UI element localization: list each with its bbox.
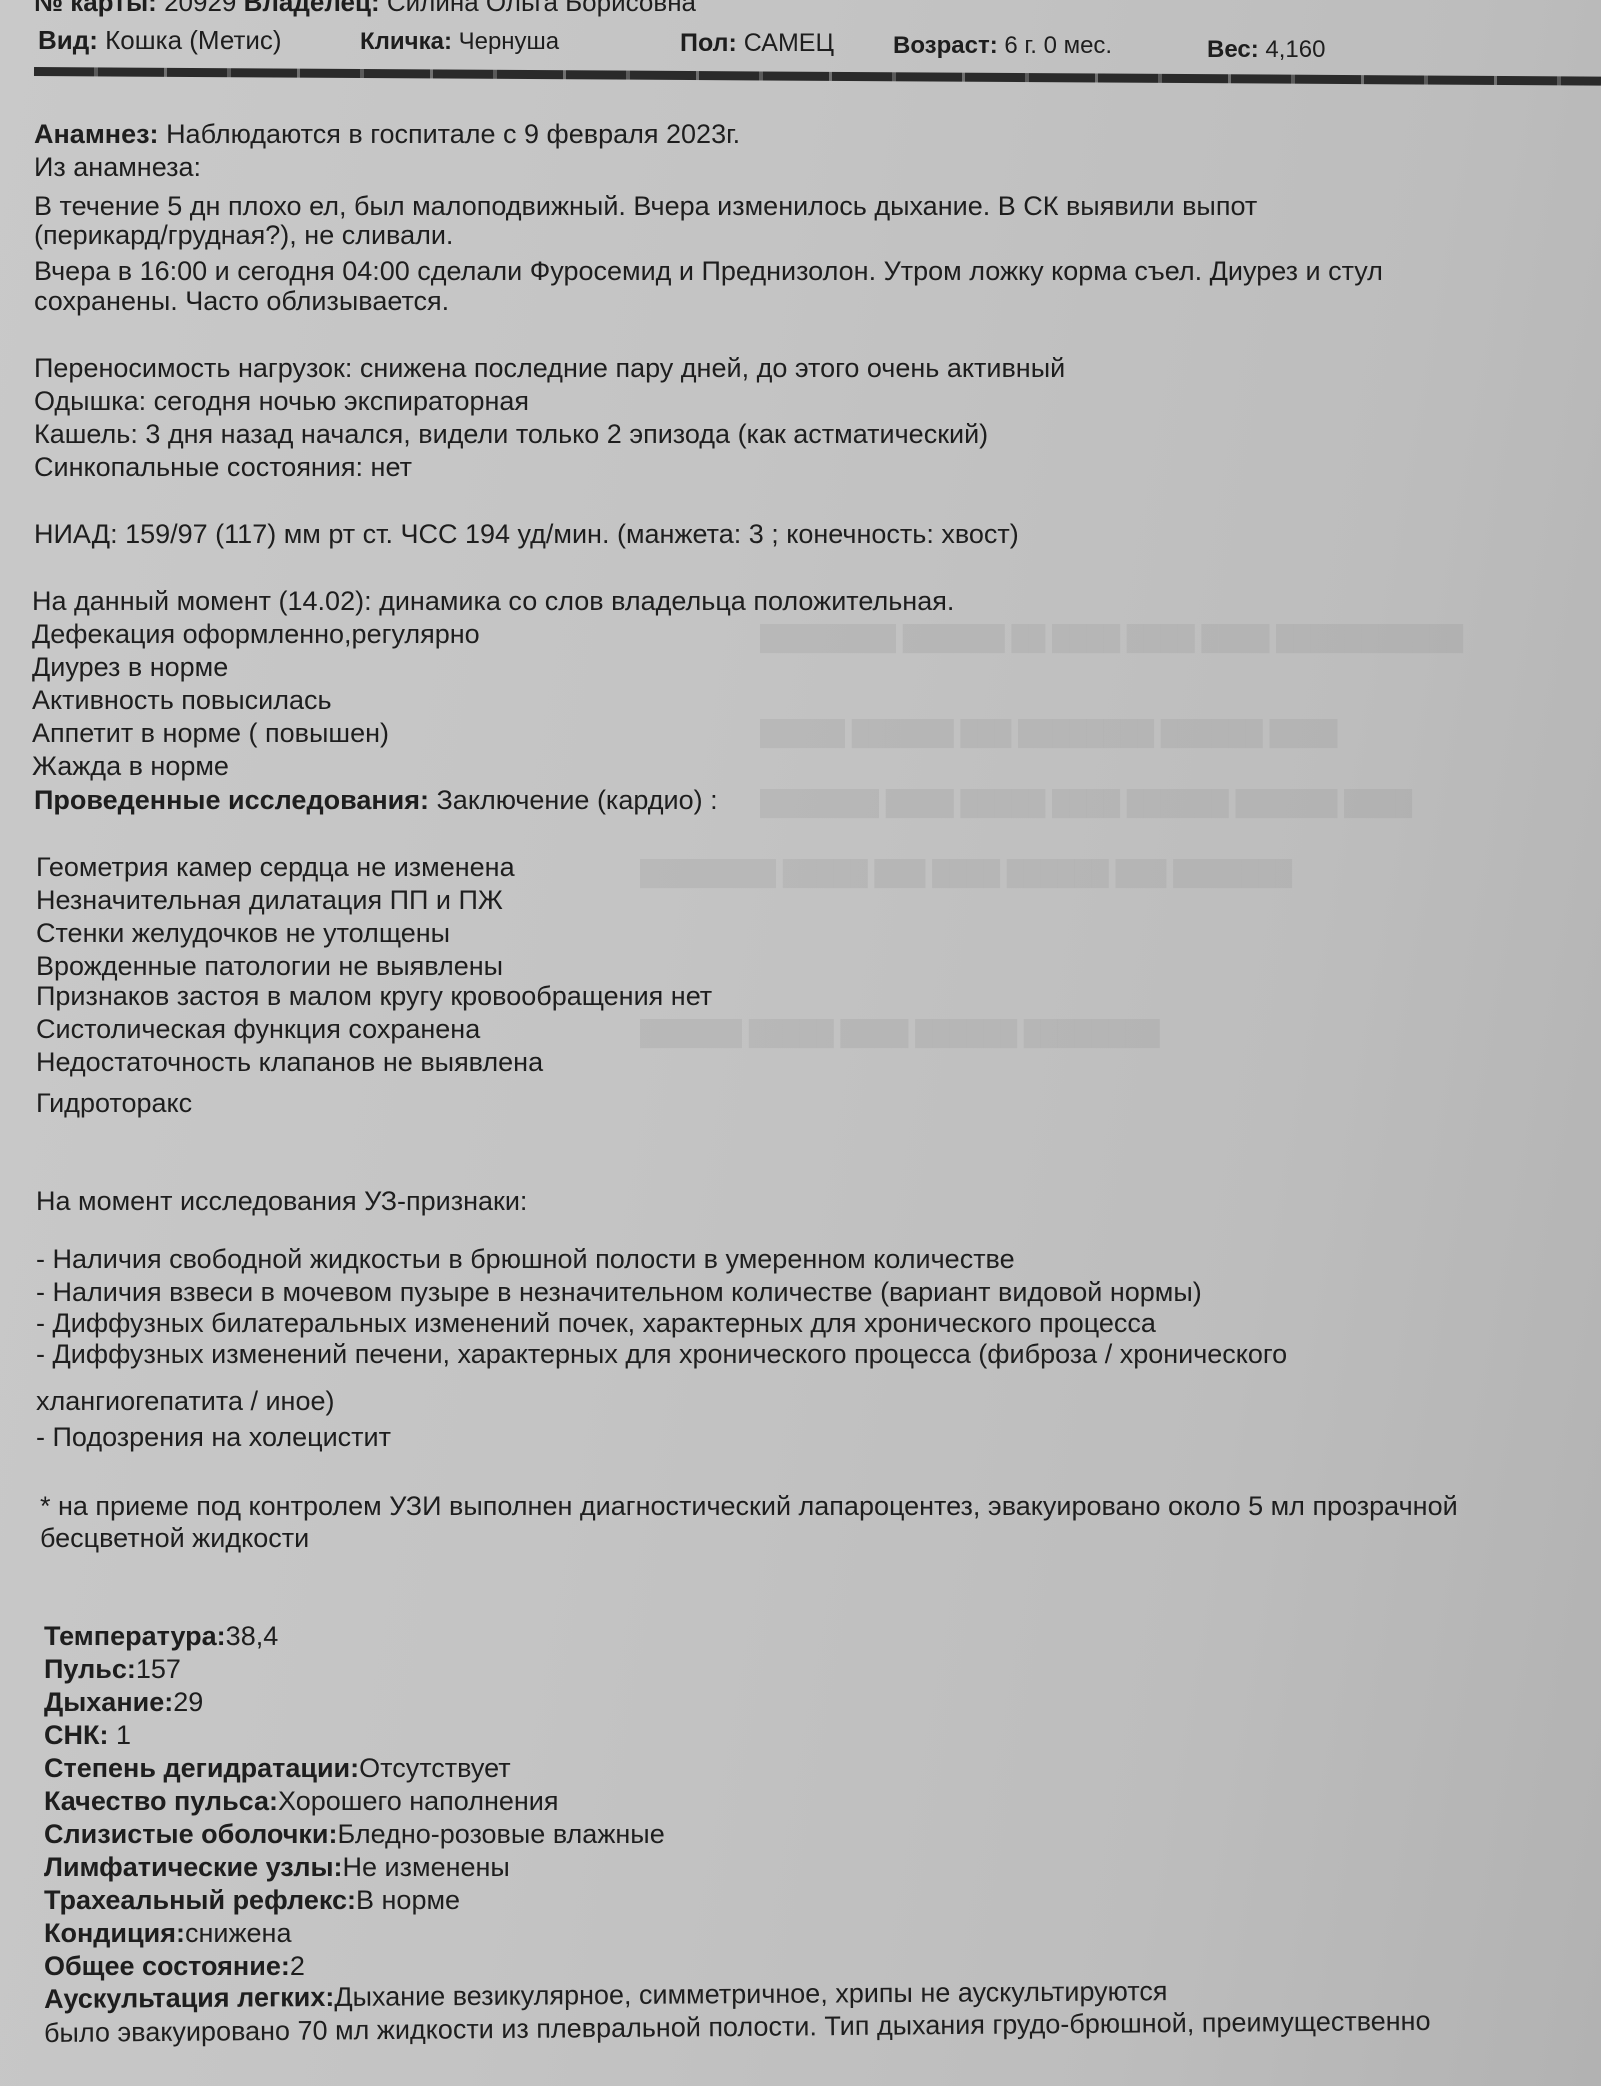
ultrasound-title: На момент исследования УЗ-признаки: [36,1185,527,1217]
sex-label: Пол: [680,29,737,57]
exam-general-state: Общее состояние:2 [44,1950,305,1982]
anamnesis-heading: Анамнез: Наблюдаются в госпитале с 9 фев… [34,118,740,150]
exam-label: Пульс: [44,1654,136,1684]
exam-label: Температура: [44,1621,226,1651]
exam-label: Общее состояние: [44,1951,290,1981]
exam-label: Дыхание: [44,1687,173,1717]
anamnesis-first-line: Наблюдаются в госпитале с 9 февраля 2023… [166,119,740,149]
cardio-line: Врожденные патологии не выявлены [36,950,503,982]
species-field: Вид: Кошка (Метис) [38,24,282,56]
bleed-through-text: █████ ██████ ███ ████████ ██████ ████ [760,720,1337,748]
cardio-line: Незначительная дилатация ПП и ПЖ [36,884,503,916]
symptom-line: Переносимость нагрузок: снижена последни… [34,352,1065,384]
owner-label: Владелец: [244,0,380,17]
exam-pulse-quality: Качество пульса:Хорошего наполнения [44,1785,559,1817]
exam-value: Отсутствует [359,1753,510,1783]
studies-heading: Проведенные исследования: Заключение (ка… [34,784,718,816]
species-value: Кошка (Метис) [105,25,281,55]
cardio-line: Недостаточность клапанов не выявлена [36,1046,543,1078]
exam-value: снижена [185,1918,292,1948]
cardio-line: Стенки желудочков не утолщены [36,917,450,949]
exam-pulse: Пульс:157 [44,1653,181,1685]
current-state-line: Аппетит в норме ( повышен) [32,717,389,749]
ultrasound-item: - Подозрения на холецистит [36,1421,391,1453]
owner-name: Силина Ольга Борисовна [387,0,696,17]
sex-field: Пол: САМЕЦ [680,27,834,59]
exam-label: Лимфатические узлы: [44,1852,343,1882]
bleed-through-text: ███████ ████ █████ ████ ██████ ██████ ██… [760,790,1412,818]
exam-value: В норме [356,1885,460,1915]
nickname-value: Чернуша [459,28,560,55]
weight-label: Вес: [1207,36,1259,63]
age-field: Возраст: 6 г. 0 мес. [893,30,1112,62]
cardio-line: Гидроторакс [36,1087,192,1119]
current-state-line: Диурез в норме [32,651,228,683]
weight-field: Вес: 4,160 [1207,34,1325,66]
niad-line: НИАД: 159/97 (117) мм рт ст. ЧСС 194 уд/… [34,518,1019,550]
symptom-line: Одышка: сегодня ночью экспираторная [34,385,529,417]
current-state-line: На данный момент (14.02): динамика со сл… [32,585,954,617]
anamnesis-label: Анамнез: [34,119,159,149]
weight-value: 4,160 [1265,36,1325,63]
header-divider [34,67,1601,86]
ultrasound-item: хлангиогепатита / иное) [36,1385,335,1417]
cardio-line: Систолическая функция сохранена [36,1013,480,1045]
exam-snk: СНК: 1 [44,1719,131,1751]
exam-value: 157 [136,1654,181,1684]
exam-dehydration: Степень дегидратации:Отсутствует [44,1752,511,1784]
exam-value: Дыхание везикулярное, симметричное, хрип… [334,1976,1167,2012]
card-number-label: № карты: [34,0,157,17]
exam-label: Степень дегидратации: [44,1753,359,1783]
species-label: Вид: [38,25,98,55]
studies-label: Проведенные исследования: [34,785,429,815]
exam-tracheal-reflex: Трахеальный рефлекс:В норме [44,1884,460,1916]
anamnesis-line: Вчера в 16:00 и сегодня 04:00 сделали Фу… [34,255,1383,287]
cardio-line: Геометрия камер сердца не изменена [36,851,515,883]
ultrasound-item: - Диффузных изменений печени, характерны… [36,1338,1287,1370]
age-value: 6 г. 0 мес. [1004,32,1112,59]
exam-lymph-nodes: Лимфатические узлы:Не изменены [44,1851,510,1883]
symptom-line: Кашель: 3 дня назад начался, видели толь… [34,418,988,450]
exam-temperature: Температура:38,4 [44,1620,278,1652]
anamnesis-line: (перикард/грудная?), не сливали. [34,219,453,251]
medical-record-page: № карты: 20929 Владелец: Силина Ольга Бо… [0,0,1601,2086]
current-state-line: Дефекация оформленно,регулярно [32,618,480,650]
exam-mucous-membranes: Слизистые оболочки:Бледно-розовые влажны… [44,1818,665,1850]
laparocentesis-note-cont: бесцветной жидкости [40,1522,309,1554]
ultrasound-item: - Наличия свободной жидкостьи в брюшной … [36,1243,1015,1275]
bleed-through-text: ████████ █████ ███ ████ ██████ ███ █████… [640,860,1292,888]
exam-value: Хорошего наполнения [278,1786,558,1816]
exam-value: 29 [173,1687,203,1717]
exam-label: Трахеальный рефлекс: [44,1885,356,1915]
exam-label: Слизистые оболочки: [44,1819,337,1849]
exam-label: Качество пульса: [44,1786,278,1816]
exam-condition: Кондиция:снижена [44,1917,291,1949]
ultrasound-item: - Наличия взвеси в мочевом пузыре в незн… [36,1276,1202,1308]
card-owner-line: № карты: 20929 Владелец: Силина Ольга Бо… [34,0,696,18]
exam-value: Не изменены [343,1852,510,1882]
bleed-through-text: ████████ ██████ ██ ████ ████ ████ ██████… [760,625,1463,653]
current-state-line: Активность повысилась [32,684,332,716]
laparocentesis-note: * на приеме под контролем УЗИ выполнен д… [40,1490,1458,1522]
anamnesis-line: сохранены. Часто облизывается. [34,285,449,317]
bleed-through-text: ██████ █████ ████ ██████ ████████ [640,1020,1160,1048]
exam-label: Аускультация легких: [44,1982,334,2014]
nickname-label: Кличка: [360,28,452,55]
anamnesis-line: В течение 5 дн плохо ел, был малоподвижн… [34,190,1257,222]
exam-value: 2 [290,1951,305,1981]
age-label: Возраст: [893,32,998,59]
sex-value: САМЕЦ [744,29,834,57]
current-state-line: Жажда в норме [32,750,229,782]
card-number: 20929 [164,0,236,17]
exam-label: Кондиция: [44,1918,185,1948]
studies-value: Заключение (кардио) : [437,785,718,815]
nickname-field: Кличка: Чернуша [360,26,559,58]
exam-value: Бледно-розовые влажные [337,1819,664,1849]
anamnesis-line: Из анамнеза: [34,151,201,183]
exam-respiration: Дыхание:29 [44,1686,203,1718]
exam-value: 38,4 [226,1621,279,1651]
cardio-line: Признаков застоя в малом кругу кровообра… [36,980,712,1012]
exam-value: 1 [108,1720,131,1750]
ultrasound-item: - Диффузных билатеральных изменений поче… [36,1307,1156,1339]
exam-label: СНК: [44,1720,108,1750]
symptom-line: Синкопальные состояния: нет [34,451,412,483]
